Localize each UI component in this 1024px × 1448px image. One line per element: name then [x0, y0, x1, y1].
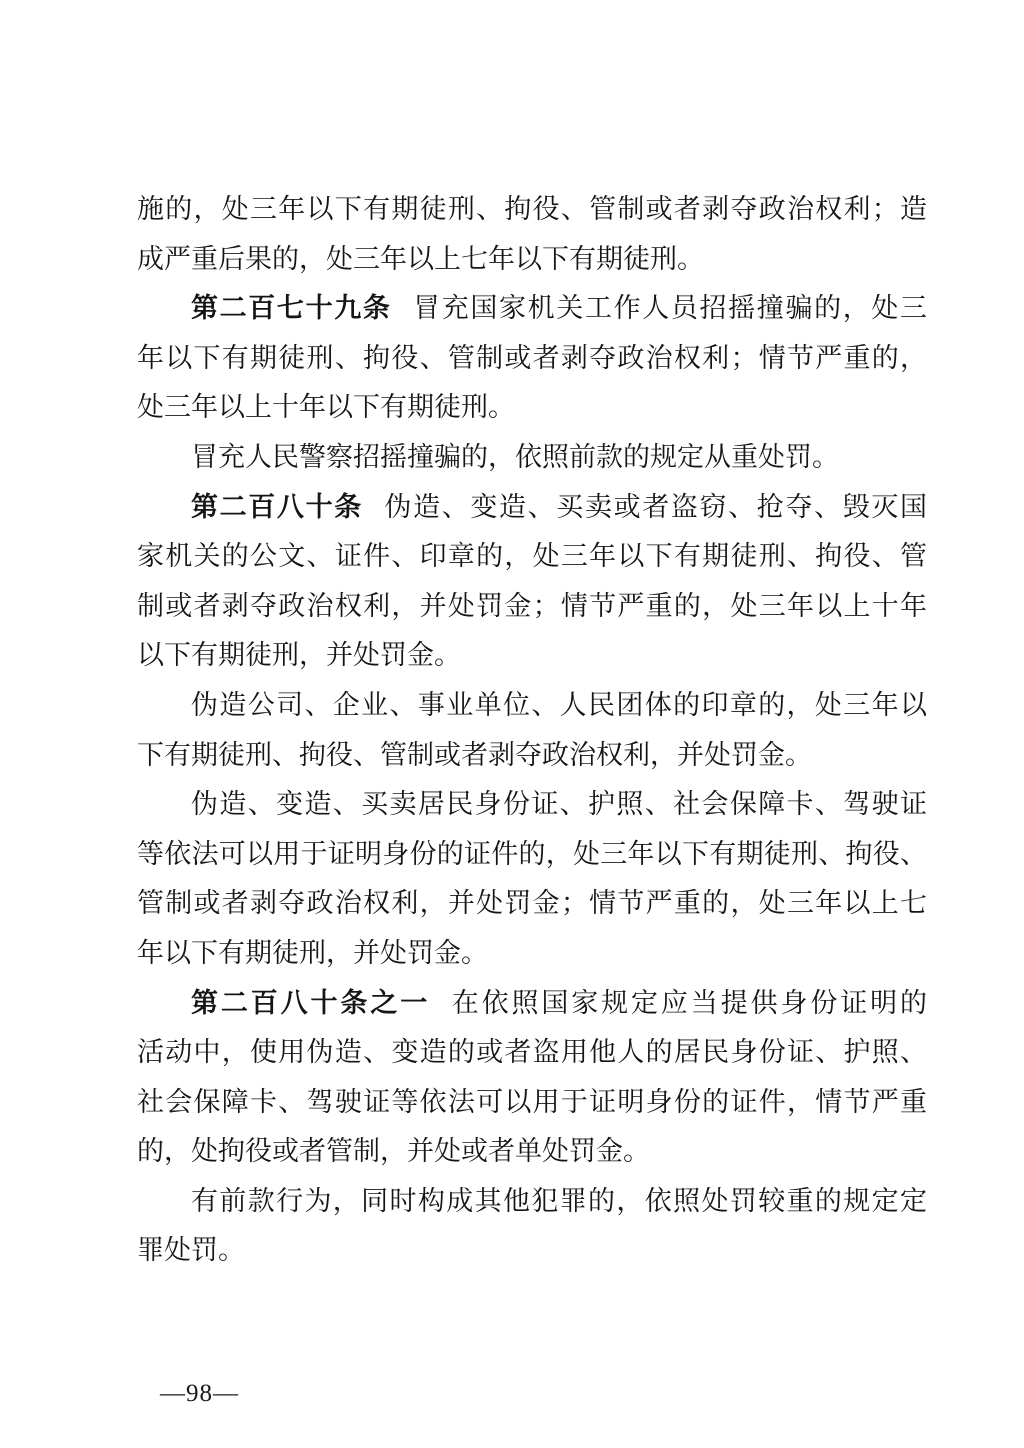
line-text: 管制或者剥夺政治权利，并处罚金；情节严重的，处三年以上七: [137, 888, 927, 918]
text-line: 成严重后果的，处三年以上七年以下有期徒刑。: [137, 235, 927, 285]
line-text: 施的，处三年以下有期徒刑、拘役、管制或者剥夺政治权利；造: [137, 194, 927, 224]
text-line: 第二百七十九条冒充国家机关工作人员招摇撞骗的，处三: [137, 284, 927, 334]
text-line: 第二百八十条之一在依照国家规定应当提供身份证明的: [137, 979, 927, 1029]
text-line: 伪造、变造、买卖居民身份证、护照、社会保障卡、驾驶证: [137, 780, 927, 830]
text-line: 处三年以上十年以下有期徒刑。: [137, 383, 927, 433]
line-text: 伪造、变造、买卖或者盗窃、抢夺、毁灭国: [384, 492, 927, 522]
line-text: 下有期徒刑、拘役、管制或者剥夺政治权利，并处罚金。: [137, 740, 812, 770]
article-number: 第二百八十条之一: [191, 988, 430, 1018]
text-line: 管制或者剥夺政治权利，并处罚金；情节严重的，处三年以上七: [137, 879, 927, 929]
page-number: —98—: [160, 1380, 239, 1408]
line-text: 伪造、变造、买卖居民身份证、护照、社会保障卡、驾驶证: [191, 789, 927, 819]
line-text: 家机关的公文、证件、印章的，处三年以下有期徒刑、拘役、管: [137, 541, 927, 571]
text-line: 家机关的公文、证件、印章的，处三年以下有期徒刑、拘役、管: [137, 532, 927, 582]
article-number: 第二百八十条: [191, 492, 363, 522]
text-line: 施的，处三年以下有期徒刑、拘役、管制或者剥夺政治权利；造: [137, 185, 927, 235]
line-text: 在依照国家规定应当提供身份证明的: [452, 988, 927, 1018]
document-body: 施的，处三年以下有期徒刑、拘役、管制或者剥夺政治权利；造 成严重后果的，处三年以…: [137, 185, 927, 1276]
text-line: 罪处罚。: [137, 1226, 927, 1276]
line-text: 冒充人民警察招摇撞骗的，依照前款的规定从重处罚。: [191, 442, 839, 472]
line-text: 等依法可以用于证明身份的证件的，处三年以下有期徒刑、拘役、: [137, 839, 927, 869]
text-line: 有前款行为，同时构成其他犯罪的，依照处罚较重的规定定: [137, 1177, 927, 1227]
document-page: 施的，处三年以下有期徒刑、拘役、管制或者剥夺政治权利；造 成严重后果的，处三年以…: [0, 0, 1024, 1448]
line-text: 年以下有期徒刑、拘役、管制或者剥夺政治权利；情节严重的，: [137, 343, 927, 373]
line-text: 罪处罚。: [137, 1235, 245, 1265]
text-line: 伪造公司、企业、事业单位、人民团体的印章的，处三年以: [137, 681, 927, 731]
text-line: 制或者剥夺政治权利，并处罚金；情节严重的，处三年以上十年: [137, 582, 927, 632]
text-line: 年以下有期徒刑、拘役、管制或者剥夺政治权利；情节严重的，: [137, 334, 927, 384]
text-line: 年以下有期徒刑，并处罚金。: [137, 929, 927, 979]
line-text: 有前款行为，同时构成其他犯罪的，依照处罚较重的规定定: [191, 1186, 927, 1216]
line-text: 社会保障卡、驾驶证等依法可以用于证明身份的证件，情节严重: [137, 1087, 927, 1117]
line-text: 处三年以上十年以下有期徒刑。: [137, 392, 515, 422]
line-text: 制或者剥夺政治权利，并处罚金；情节严重的，处三年以上十年: [137, 591, 927, 621]
text-line: 下有期徒刑、拘役、管制或者剥夺政治权利，并处罚金。: [137, 731, 927, 781]
line-text: 年以下有期徒刑，并处罚金。: [137, 938, 488, 968]
line-text: 以下有期徒刑，并处罚金。: [137, 640, 461, 670]
line-text: 的，处拘役或者管制，并处或者单处罚金。: [137, 1136, 650, 1166]
article-number: 第二百七十九条: [191, 293, 392, 323]
line-text: 冒充国家机关工作人员招摇撞骗的，处三: [413, 293, 927, 323]
text-line: 以下有期徒刑，并处罚金。: [137, 631, 927, 681]
text-line: 的，处拘役或者管制，并处或者单处罚金。: [137, 1127, 927, 1177]
line-text: 成严重后果的，处三年以上七年以下有期徒刑。: [137, 244, 704, 274]
text-line: 第二百八十条伪造、变造、买卖或者盗窃、抢夺、毁灭国: [137, 483, 927, 533]
line-text: 活动中，使用伪造、变造的或者盗用他人的居民身份证、护照、: [137, 1037, 927, 1067]
line-text: 伪造公司、企业、事业单位、人民团体的印章的，处三年以: [191, 690, 927, 720]
text-line: 活动中，使用伪造、变造的或者盗用他人的居民身份证、护照、: [137, 1028, 927, 1078]
text-line: 社会保障卡、驾驶证等依法可以用于证明身份的证件，情节严重: [137, 1078, 927, 1128]
text-line: 冒充人民警察招摇撞骗的，依照前款的规定从重处罚。: [137, 433, 927, 483]
text-line: 等依法可以用于证明身份的证件的，处三年以下有期徒刑、拘役、: [137, 830, 927, 880]
